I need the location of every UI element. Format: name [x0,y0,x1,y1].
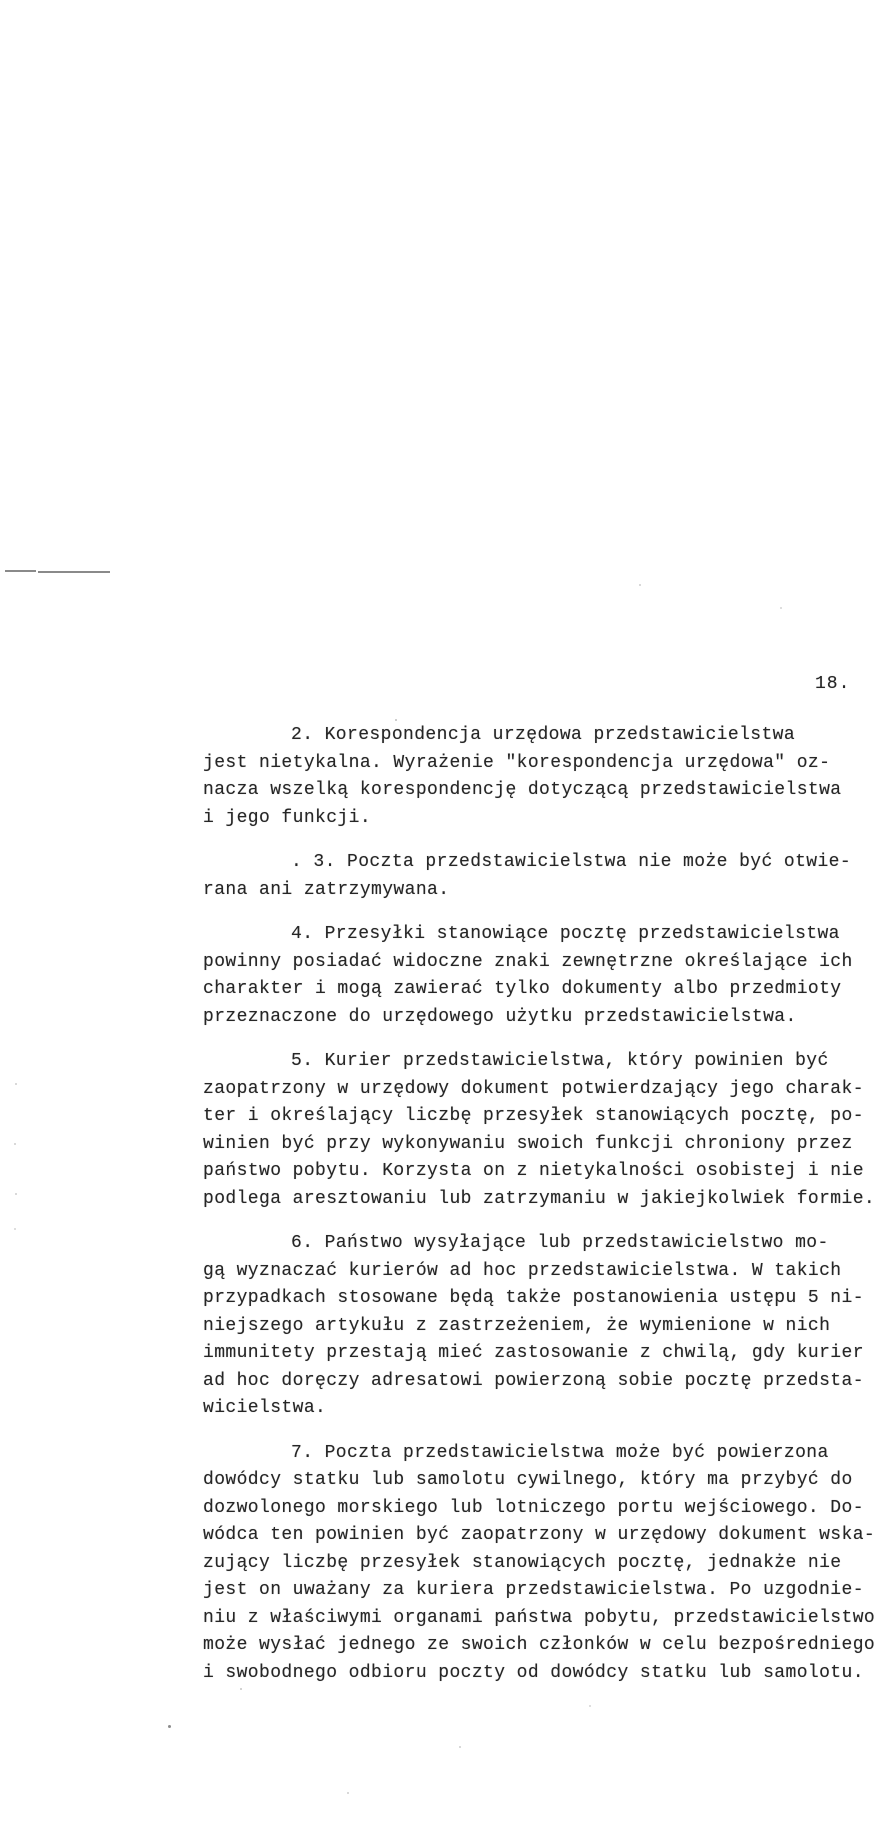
scan-speck [395,719,397,721]
scan-speck [15,1083,17,1085]
text-line: 6. Państwo wysyłające lub przedstawiciel… [203,1230,875,1258]
document-body: 2. Korespondencja urzędowa przedstawicie… [203,722,875,1704]
scanned-document-page: 18. 2. Korespondencja urzędowa przedstaw… [0,0,893,1836]
text-line: 2. Korespondencja urzędowa przedstawicie… [203,722,875,750]
text-line: ter i określający liczbę przesyłek stano… [203,1103,875,1131]
margin-rule [5,570,36,572]
paragraph: 7. Poczta przedstawicielstwa może być po… [203,1440,875,1688]
text-line: rana ani zatrzymywana. [203,877,875,905]
text-line: zujący liczbę przesyłek stanowiących poc… [203,1550,875,1578]
text-line: charakter i mogą zawierać tylko dokument… [203,976,875,1004]
text-line: dozwolonego morskiego lub lotniczego por… [203,1495,875,1523]
text-line: wicielstwa. [203,1395,875,1423]
text-line: niu z właściwymi organami państwa pobytu… [203,1605,875,1633]
text-line: gą wyznaczać kurierów ad hoc przedstawic… [203,1258,875,1286]
text-line: immunitety przestają mieć zastosowanie z… [203,1340,875,1368]
scan-speck [14,1143,16,1145]
text-line: dowódcy statku lub samolotu cywilnego, k… [203,1467,875,1495]
scan-speck [347,1792,349,1794]
text-line: wódca ten powinien być zaopatrzony w urz… [203,1522,875,1550]
text-line: winien być przy wykonywaniu swoich funkc… [203,1131,875,1159]
text-line: podlega aresztowaniu lub zatrzymaniu w j… [203,1186,875,1214]
text-line: niejszego artykułu z zastrzeżeniem, że w… [203,1313,875,1341]
scan-speck [240,1688,242,1690]
page-number: 18. [815,674,850,694]
text-line: państwo pobytu. Korzysta on z nietykalno… [203,1158,875,1186]
text-line: . 3. Poczta przedstawicielstwa nie może … [203,849,875,877]
scan-speck [14,1228,16,1230]
scan-speck [639,584,641,586]
text-line: może wysłać jednego ze swoich członków w… [203,1632,875,1660]
text-line: jest on uważany za kuriera przedstawicie… [203,1577,875,1605]
text-line: ad hoc doręczy adresatowi powierzoną sob… [203,1368,875,1396]
text-line: 7. Poczta przedstawicielstwa może być po… [203,1440,875,1468]
text-line: 5. Kurier przedstawicielstwa, który powi… [203,1048,875,1076]
text-line: 4. Przesyłki stanowiące pocztę przedstaw… [203,921,875,949]
scan-speck [459,1746,461,1748]
margin-rule [38,571,110,573]
text-line: przeznaczone do urzędowego użytku przeds… [203,1004,875,1032]
scan-speck [15,1193,17,1195]
paragraph: . 3. Poczta przedstawicielstwa nie może … [203,849,875,904]
paragraph: 5. Kurier przedstawicielstwa, który powi… [203,1048,875,1213]
paragraph: 4. Przesyłki stanowiące pocztę przedstaw… [203,921,875,1031]
scan-speck [589,1705,591,1707]
text-line: jest nietykalna. Wyrażenie "korespondenc… [203,750,875,778]
text-line: zaopatrzony w urzędowy dokument potwierd… [203,1076,875,1104]
scan-speck [780,607,782,609]
text-line: nacza wszelką korespondencję dotyczącą p… [203,777,875,805]
text-line: powinny posiadać widoczne znaki zewnętrz… [203,949,875,977]
paragraph: 6. Państwo wysyłające lub przedstawiciel… [203,1230,875,1423]
paragraph: 2. Korespondencja urzędowa przedstawicie… [203,722,875,832]
text-line: i jego funkcji. [203,805,875,833]
scan-speck [168,1725,171,1728]
text-line: i swobodnego odbioru poczty od dowódcy s… [203,1660,875,1688]
text-line: przypadkach stosowane będą także postano… [203,1285,875,1313]
